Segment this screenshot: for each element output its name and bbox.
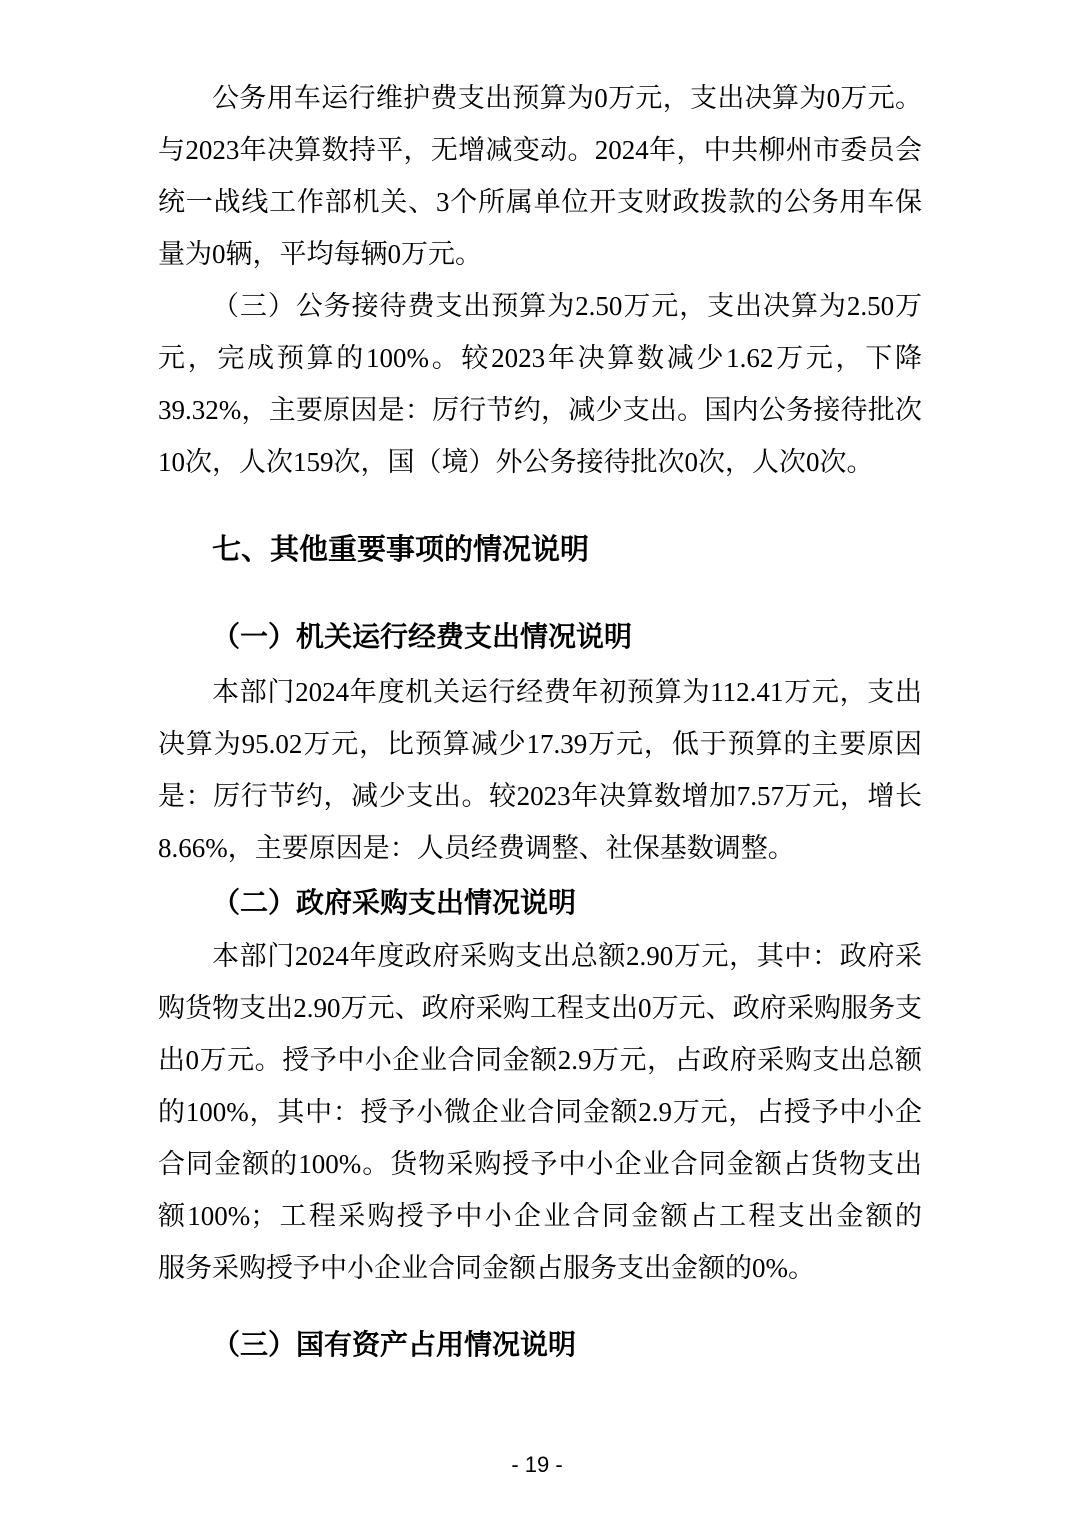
- text-line: 与2023年决算数持平，无增减变动。2024年，中共柳州市委员会: [158, 124, 922, 176]
- text-line: 额100%；工程采购授予中小企业合同金额占工程支出金额的0%；: [158, 1190, 922, 1242]
- text-line: 本部门2024年度机关运行经费年初预算为112.41万元，支出: [158, 666, 922, 718]
- heading-subsection-2-government-procurement: （二）政府采购支出情况说明: [158, 878, 922, 930]
- text-line: 服务采购授予中小企业合同金额占服务支出金额的0%。: [158, 1242, 922, 1294]
- paragraph-official-vehicle-costs: 公务用车运行维护费支出预算为0万元，支出决算为0万元。 与2023年决算数持平，…: [158, 72, 922, 280]
- text-line: 39.32%，主要原因是：厉行节约，减少支出。国内公务接待批次: [158, 384, 922, 436]
- text-line: 公务用车运行维护费支出预算为0万元，支出决算为0万元。: [158, 72, 922, 124]
- text-line: 的100%，其中：授予小微企业合同金额2.9万元，占授予中小企业: [158, 1086, 922, 1138]
- text-line: 统一战线工作部机关、3个所属单位开支财政拨款的公务用车保有: [158, 176, 922, 228]
- text-line: 量为0辆，平均每辆0万元。: [158, 228, 922, 280]
- heading-section-7-other-important-items: 七、其他重要事项的情况说明: [158, 524, 922, 576]
- paragraph-agency-operating-expenses: 本部门2024年度机关运行经费年初预算为112.41万元，支出 决算为95.02…: [158, 666, 922, 874]
- heading-subsection-1-agency-operating-expenses: （一）机关运行经费支出情况说明: [158, 612, 922, 664]
- text-line: 是：厉行节约，减少支出。较2023年决算数增加7.57万元，增长: [158, 770, 922, 822]
- text-line: 8.66%，主要原因是：人员经费调整、社保基数调整。: [158, 822, 922, 874]
- text-line: 出0万元。授予中小企业合同金额2.9万元，占政府采购支出总额: [158, 1034, 922, 1086]
- text-line: 决算为95.02万元，比预算减少17.39万元，低于预算的主要原因: [158, 718, 922, 770]
- page-number: - 19 -: [0, 1452, 1074, 1478]
- text-line: 元，完成预算的100%。较2023年决算数减少1.62万元，下降: [158, 332, 922, 384]
- text-line: 购货物支出2.90万元、政府采购工程支出0万元、政府采购服务支: [158, 982, 922, 1034]
- text-line: 本部门2024年度政府采购支出总额2.90万元，其中：政府采: [158, 930, 922, 982]
- text-line: 10次，人次159次，国（境）外公务接待批次0次，人次0次。: [158, 436, 922, 488]
- document-content: 公务用车运行维护费支出预算为0万元，支出决算为0万元。 与2023年决算数持平，…: [158, 72, 922, 1372]
- text-line: 合同金额的100%。货物采购授予中小企业合同金额占货物支出金: [158, 1138, 922, 1190]
- heading-subsection-3-state-owned-assets: （三）国有资产占用情况说明: [158, 1320, 922, 1372]
- text-line: （三）公务接待费支出预算为2.50万元，支出决算为2.50万: [158, 280, 922, 332]
- paragraph-government-procurement: 本部门2024年度政府采购支出总额2.90万元，其中：政府采 购货物支出2.90…: [158, 930, 922, 1294]
- paragraph-official-reception-costs: （三）公务接待费支出预算为2.50万元，支出决算为2.50万 元，完成预算的10…: [158, 280, 922, 488]
- document-page: 公务用车运行维护费支出预算为0万元，支出决算为0万元。 与2023年决算数持平，…: [0, 0, 1074, 1520]
